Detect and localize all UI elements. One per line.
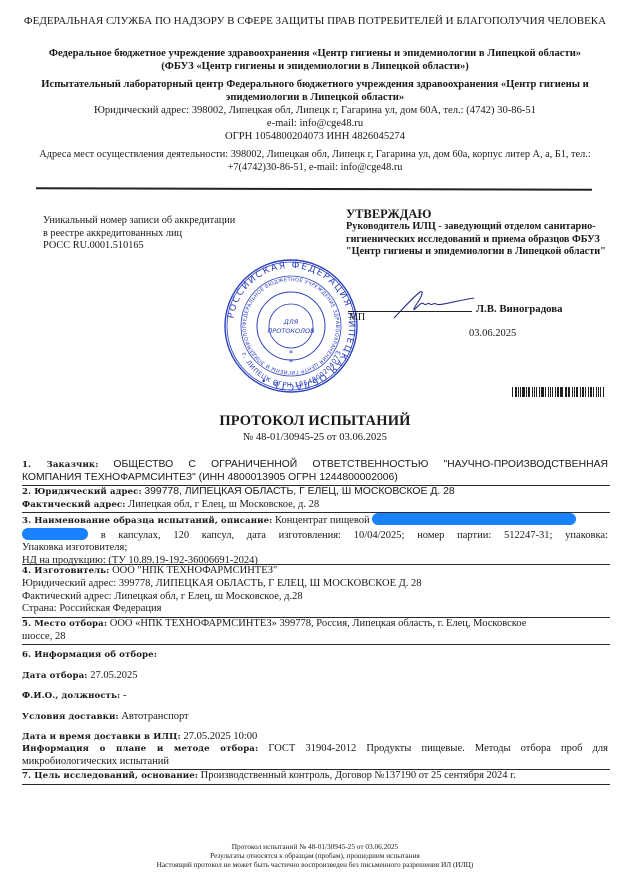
- laboratory-name: Испытательный лабораторный центр Федерал…: [20, 78, 610, 104]
- legal-address-value: 399778, ЛИПЕЦКАЯ ОБЛАСТЬ, Г ЕЛЕЦ, Ш МОСК…: [144, 486, 454, 497]
- manufacturer-actual-address: Фактический адрес: Липецкая обл, г Елец,…: [22, 591, 608, 604]
- barcode-bar: [526, 387, 527, 397]
- sampling-plan-value-cont: микробиологических испытаний: [22, 756, 608, 769]
- approval-block: УТВЕРЖДАЮ Руководитель ИЛЦ - заведующий …: [346, 207, 616, 259]
- svg-text:*: *: [289, 349, 293, 358]
- barcode-bar: [512, 387, 513, 397]
- barcode-bar: [532, 387, 533, 397]
- fio-value: -: [123, 690, 127, 701]
- accreditation-line-2: в реестре аккредитованных лиц: [43, 228, 235, 241]
- delivery-conditions-value: Автотранспорт: [121, 711, 188, 722]
- barcode-bar: [560, 387, 563, 397]
- seal-place-label: МП: [349, 312, 365, 324]
- signature-line: [348, 311, 472, 312]
- delivery-conditions-label: Условия доставки:: [22, 712, 119, 722]
- sampling-plan: Информация о плане и методе отбора: ГОСТ…: [22, 743, 608, 768]
- stamp-seal-icon: РОССИЙСКАЯ ФЕДЕРАЦИЯ ЛИПЕЦКАЯ ОБЛАСТЬ • …: [220, 258, 362, 394]
- agency-header: ФЕДЕРАЛЬНАЯ СЛУЖБА ПО НАДЗОРУ В СФЕРЕ ЗА…: [20, 15, 610, 28]
- sampling-place-value-cont: шоссе, 28: [22, 631, 608, 644]
- barcode-bar: [557, 387, 559, 397]
- barcode-bar: [565, 387, 566, 397]
- barcode-bar: [552, 387, 553, 397]
- organization-name: Федеральное бюджетное учреждение здравоо…: [10, 47, 620, 60]
- activity-addresses: Адреса мест осуществления деятельности: …: [20, 148, 610, 174]
- manufacturer-country: Страна: Российская Федерация: [22, 603, 608, 616]
- divider: [22, 784, 610, 785]
- delivery-datetime-value: 27.05.2025 10:00: [183, 731, 257, 742]
- accreditation-line-1: Уникальный номер записи об аккредитации: [43, 215, 235, 228]
- section-customer: 1. Заказчик: ОБЩЕСТВО С ОГРАНИЧЕННОЙ ОТВ…: [22, 459, 608, 484]
- sampling-place-value: ООО «НПК ТЕХНОФАРМСИНТЕЗ» 399778, Россия…: [110, 618, 527, 629]
- barcode-bar: [515, 387, 517, 397]
- accreditation-block: Уникальный номер записи об аккредитации …: [43, 215, 235, 253]
- sample-packaging: Упаковка изготовителя;: [22, 542, 608, 555]
- legal-address-label: 2. Юридический адрес:: [22, 487, 142, 497]
- barcode-bar: [593, 387, 594, 397]
- purpose-value: Производственный контроль, Договор №1371…: [201, 770, 516, 781]
- barcode-bar: [518, 387, 519, 397]
- footer-protocol-ref: Протокол испытаний № 48-01/30945-25 от 0…: [0, 842, 630, 851]
- barcode-bar: [590, 387, 592, 397]
- barcode-bar: [576, 387, 578, 397]
- header-divider: [36, 187, 592, 190]
- approval-position: Руководитель ИЛЦ - заведующий отделом са…: [346, 221, 616, 259]
- barcode-bar: [536, 387, 538, 397]
- legal-address: Юридический адрес: 398002, Липецкая обл,…: [20, 104, 610, 117]
- section-sampling-info: 6. Информация об отборе: Дата отбора: 27…: [22, 645, 608, 748]
- redacted-block: [22, 528, 88, 540]
- accreditation-number: РОСС RU.0001.510165: [43, 240, 235, 253]
- delivery-datetime-label: Дата и время доставки в ИЛЦ:: [22, 732, 181, 742]
- barcode-bar: [582, 387, 585, 397]
- actual-address-value: Липецкая обл, г Елец, ш Московское, д. 2…: [128, 499, 319, 510]
- svg-text:*: *: [289, 358, 293, 367]
- manufacturer-value: ООО "НПК ТЕХНОФАРМСИНТЕЗ": [112, 565, 277, 576]
- barcode-bar: [539, 387, 540, 397]
- sampling-info-label: 6. Информация об отборе:: [22, 650, 157, 660]
- official-stamp: РОССИЙСКАЯ ФЕДЕРАЦИЯ ЛИПЕЦКАЯ ОБЛАСТЬ • …: [220, 258, 362, 394]
- section-legal-address: 2. Юридический адрес: 399778, ЛИПЕЦКАЯ О…: [22, 486, 608, 511]
- fio-label: Ф.И.О., должность:: [22, 691, 120, 701]
- barcode: [512, 387, 605, 397]
- barcode-bar: [598, 387, 600, 397]
- organization-header: Федеральное бюджетное учреждение здравоо…: [10, 47, 620, 73]
- customer-value: ОБЩЕСТВО С ОГРАНИЧЕННОЙ ОТВЕТСТВЕННОСТЬЮ…: [113, 459, 608, 470]
- barcode-bar: [585, 387, 586, 397]
- sampling-date-value: 27.05.2025: [90, 670, 137, 681]
- sample-description: в капсулах, 120 капсул, дата изготовлени…: [101, 530, 608, 541]
- sample-label: 3. Наименование образца испытаний, описа…: [22, 516, 272, 526]
- section-sampling-place: 5. Место отбора: ООО «НПК ТЕХНОФАРМСИНТЕ…: [22, 618, 608, 643]
- organization-short-name: (ФБУЗ «Центр гигиены и эпидемиологии в Л…: [10, 60, 620, 73]
- barcode-bar: [603, 387, 604, 397]
- barcode-bar: [588, 387, 589, 397]
- section-purpose: 7. Цель исследований, основание: Произво…: [22, 770, 608, 783]
- barcode-bar: [572, 387, 573, 397]
- redacted-block: [372, 513, 576, 525]
- barcode-bar: [580, 387, 581, 397]
- footer-copy-note: Настоящий протокол не может быть частичн…: [0, 860, 630, 869]
- customer-label: 1. Заказчик:: [22, 460, 99, 470]
- barcode-bar: [520, 387, 521, 397]
- sampling-place-label: 5. Место отбора:: [22, 619, 107, 629]
- manufacturer-legal-address: Юридический адрес: 399778, ЛИПЕЦКАЯ ОБЛА…: [22, 578, 608, 591]
- barcode-bar: [566, 387, 567, 397]
- email: e-mail: info@cge48.ru: [20, 117, 610, 130]
- barcode-bar: [555, 387, 556, 397]
- signature-icon: [388, 288, 478, 322]
- barcode-bar: [596, 387, 597, 397]
- barcode-bar: [548, 387, 549, 397]
- barcode-bar: [534, 387, 535, 397]
- barcode-bar: [574, 387, 575, 397]
- barcode-bar: [550, 387, 552, 397]
- approval-date: 03.06.2025: [469, 328, 516, 341]
- barcode-bar: [600, 387, 601, 397]
- laboratory-header: Испытательный лабораторный центр Федерал…: [20, 78, 610, 143]
- sampling-plan-label: Информация о плане и методе отбора:: [22, 744, 258, 754]
- signer-name: Л.В. Виноградова: [476, 303, 563, 316]
- page-footer: Протокол испытаний № 48-01/30945-25 от 0…: [0, 842, 630, 869]
- customer-value-cont: КОМПАНИЯ ТЕХНОФАРМСИНТЕЗ" (ИНН 480001390…: [22, 472, 398, 483]
- svg-text:ДЛЯ: ДЛЯ: [283, 318, 299, 326]
- actual-address-label: Фактический адрес:: [22, 500, 126, 510]
- protocol-number: № 48-01/30945-25 от 03.06.2025: [0, 432, 630, 445]
- section-sample: 3. Наименование образца испытаний, описа…: [22, 513, 608, 567]
- barcode-bar: [541, 387, 544, 397]
- svg-text:ПРОТОКОЛОВ: ПРОТОКОЛОВ: [267, 327, 315, 335]
- protocol-title: ПРОТОКОЛ ИСПЫТАНИЙ: [0, 413, 630, 431]
- sample-value: Концентрат пищевой: [275, 515, 370, 526]
- barcode-bar: [545, 387, 546, 397]
- sampling-plan-value: ГОСТ 31904-2012 Продукты пищевые. Методы…: [268, 743, 608, 754]
- barcode-bar: [568, 387, 570, 397]
- barcode-bar: [522, 387, 525, 397]
- barcode-bar: [528, 387, 530, 397]
- approval-title: УТВЕРЖДАЮ: [346, 207, 616, 221]
- sampling-date-label: Дата отбора:: [22, 671, 88, 681]
- purpose-label: 7. Цель исследований, основание:: [22, 771, 198, 781]
- footer-results-note: Результаты относятся к образцам (пробам)…: [0, 851, 630, 860]
- section-manufacturer: 4. Изготовитель: ООО "НПК ТЕХНОФАРМСИНТЕ…: [22, 565, 608, 616]
- manufacturer-label: 4. Изготовитель:: [22, 566, 109, 576]
- ogrn-inn: ОГРН 1054800204073 ИНН 4826045274: [20, 130, 610, 143]
